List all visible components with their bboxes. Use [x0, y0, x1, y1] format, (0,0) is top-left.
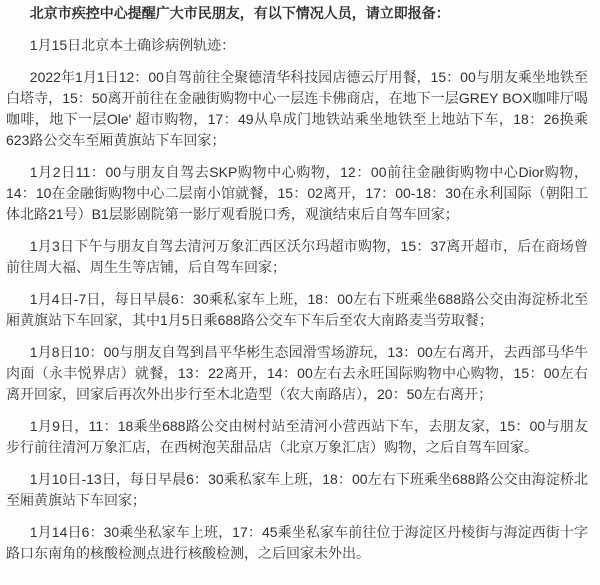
trajectory-paragraph-jan1: 2022年1月1日12：00自驾前往全聚德清华科技园店德云厅用餐，15：00与朋… — [6, 67, 588, 151]
trajectory-paragraph-jan8: 1月8日10：00与朋友自驾到昌平华彬生态园滑雪场游玩，13：00左右离开，去西… — [6, 342, 588, 405]
trajectory-paragraph-jan2: 1月2日11：00与朋友自驾去SKP购物中心购物，12：00前往金融街购物中心D… — [6, 162, 588, 225]
trajectory-paragraph-jan4-7: 1月4日-7日，每日早晨6：30乘私家车上班，18：00左右下班乘坐688路公交… — [6, 289, 588, 331]
trajectory-intro: 1月15日北京本土确诊病例轨迹： — [6, 35, 588, 56]
trajectory-paragraph-jan9: 1月9日，11：18乘坐688路公交由树村站至清河小营西站下车，去朋友家，15：… — [6, 416, 588, 458]
cdc-notice-document: 北京市疾控中心提醒广大市民朋友，有以下情况人员，请立即报备： 1月15日北京本土… — [0, 0, 600, 585]
notice-title: 北京市疾控中心提醒广大市民朋友，有以下情况人员，请立即报备： — [6, 3, 588, 24]
trajectory-paragraph-jan3: 1月3日下午与朋友自驾去清河万象汇西区沃尔玛超市购物，15：37离开超市，后在商… — [6, 236, 588, 278]
trajectory-paragraph-jan14: 1月14日6：30乘坐私家车上班，17：45乘坐私家车前往位于海淀区丹棱街与海淀… — [6, 522, 588, 564]
trajectory-paragraph-jan10-13: 1月10日-13日，每日早晨6：30乘私家车上班，18：00左右下班乘坐688路… — [6, 469, 588, 511]
